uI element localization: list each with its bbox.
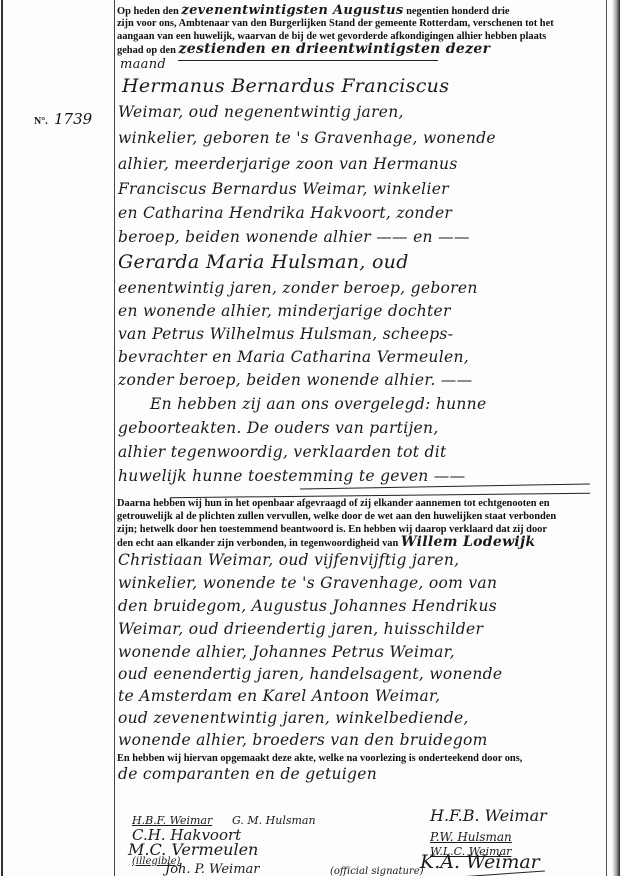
body-line: en wonende alhier, minderjarige dochter (118, 299, 451, 324)
header-line-4: gehad op den zestienden en drieentwintig… (117, 43, 490, 57)
acte-number: N°. 1739 (34, 110, 92, 128)
witness-line: Weimar, oud drieendertig jaren, huisschi… (118, 617, 483, 642)
header-line-2: zijn voor ons, Ambtenaar van den Burgerl… (117, 17, 554, 30)
body-line: eenentwintig jaren, zonder beroep, gebor… (118, 276, 478, 301)
body-line: Franciscus Bernardus Weimar, winkelier (118, 177, 449, 202)
civil-record-page: N°. 1739 Op heden den zevenentwintigsten… (0, 0, 620, 876)
binding-shadow (612, 0, 620, 876)
body-line: geboorteakten. De ouders van partijen, (118, 416, 439, 441)
witness-line: Christiaan Weimar, oud vijfenvijftig jar… (118, 548, 459, 573)
signature: P.W. Hulsman (430, 830, 512, 844)
signature-official: (official signature) (330, 866, 424, 876)
witness-line: te Amsterdam en Karel Antoon Weimar, (118, 684, 440, 709)
signature: Joh. P. Weimar (165, 862, 260, 876)
witness-line: wonende alhier, broeders van den bruideg… (118, 728, 488, 753)
margin-rule (114, 0, 115, 876)
body-line: van Petrus Wilhelmus Hulsman, scheeps- (118, 322, 453, 347)
middle-line-1: Daarna hebben wij hun in het openbaar af… (117, 497, 550, 510)
body-line: Weimar, oud negenentwintig jaren, (118, 100, 404, 125)
witness-line: oud zevenentwintig jaren, winkelbediende… (118, 706, 469, 731)
fill-rule (178, 60, 438, 61)
body-line: En hebben zij aan ons overgelegd: hunne (150, 392, 486, 417)
middle-line-2: getrouwelijk al de plichten zullen vervu… (117, 510, 556, 523)
header-line-1: Op heden den zevenentwintigsten Augustus… (117, 4, 509, 18)
body-line: beroep, beiden wonende alhier —— en —— (118, 225, 470, 250)
proclamation-dates-handwritten: zestienden en drieentwintigsten dezer (179, 41, 491, 57)
signature: K.A. Weimar (420, 851, 540, 873)
body-line: alhier tegenwoordig, verklaarden tot dit (118, 440, 447, 465)
header-line-5-handwritten: maand (120, 57, 166, 72)
body-line: huwelijk hunne toestemming te geven —— (118, 464, 465, 489)
date-handwritten: zevenentwintigsten Augustus (181, 3, 403, 18)
witness-line: winkelier, wonende te 's Gravenhage, oom… (118, 571, 497, 596)
witness-line: wonende alhier, Johannes Petrus Weimar, (118, 640, 455, 665)
witness-line: oud eenendertig jaren, handelsagent, won… (118, 662, 502, 687)
body-line: zonder beroep, beiden wonende alhier. —— (118, 368, 472, 393)
body-line: bevrachter en Maria Catharina Vermeulen, (118, 345, 469, 370)
page-edge-right (606, 0, 607, 876)
signature: G. M. Hulsman (232, 814, 316, 827)
witness-line: den bruidegom, Augustus Johannes Hendrik… (118, 594, 497, 619)
body-line: en Catharina Hendrika Hakvoort, zonder (118, 201, 452, 226)
page-edge-left (1, 0, 3, 876)
acte-number-label: N°. (34, 116, 48, 127)
groom-name: Hermanus Bernardus Franciscus (122, 74, 449, 99)
acte-number-value: 1739 (54, 110, 92, 128)
closing-line-2-handwritten: de comparanten en de getuigen (118, 762, 377, 787)
body-line: alhier, meerderjarige zoon van Hermanus (118, 152, 458, 177)
body-line: winkelier, geboren te 's Gravenhage, won… (118, 126, 496, 151)
signature: H.F.B. Weimar (430, 806, 547, 825)
bride-name: Gerarda Maria Hulsman, oud (118, 250, 409, 275)
